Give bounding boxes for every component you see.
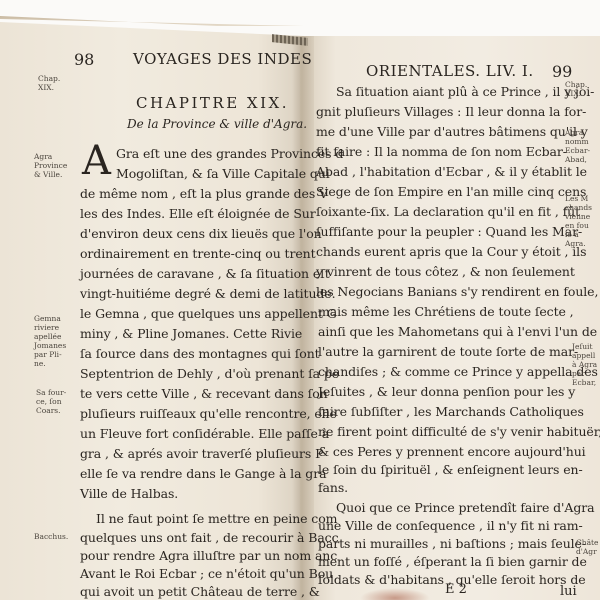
text-line: faire ſubſiſter , les Marchands Catholiq… bbox=[318, 404, 584, 419]
margin-note: Sa four- ce, ſon Coars. bbox=[36, 388, 66, 415]
margin-note: Jeſuit appell à Agra par Ecbar, bbox=[572, 342, 597, 387]
margin-note: Gemna riviere apellée Jomanes par Pli- n… bbox=[34, 314, 66, 368]
text-line: Ville de Halbas. bbox=[80, 486, 178, 501]
text-line: fit faire : Il la nomma de ſon nom Ecbar… bbox=[316, 144, 567, 159]
text-line: parts ni murailles , ni baſtions ; mais … bbox=[318, 536, 586, 551]
text-line: les Negocians Banians s'y rendirent en f… bbox=[316, 284, 598, 299]
text-line: te vers cette Ville , & recevant dans ſo… bbox=[80, 386, 328, 401]
text-line: le ſoin du ſpirituël , & enſeignent leur… bbox=[318, 462, 583, 477]
chapter-subtitle: De la Province & ville d'Agra. bbox=[127, 117, 307, 131]
text-line: Quoi que ce Prince pretendît faire d'Agr… bbox=[336, 500, 594, 515]
text-line: Jeſuites , & leur donna penſion pour les… bbox=[318, 384, 575, 399]
text-line: Siege de ſon Empire en l'an mille cinq c… bbox=[316, 184, 586, 199]
text-line: journées de caravane , & ſa ſituation eſ… bbox=[80, 266, 330, 281]
margin-note: Agra nomm Ecbar- Abad, bbox=[565, 128, 590, 164]
text-line: un Fleuve fort conſidérable. Elle paſſe … bbox=[80, 426, 329, 441]
text-line: Avant le Roi Ecbar ; ce n'étoit qu'un Bo… bbox=[80, 566, 333, 581]
text-line: de même nom , eſt la plus grande des V bbox=[80, 186, 328, 201]
text-line: elle ſe va rendre dans le Gange à la gra bbox=[80, 466, 326, 481]
margin-note: Agra Province & Ville. bbox=[34, 152, 67, 179]
left-page-number: 98 bbox=[74, 50, 94, 69]
right-page-number: 99 bbox=[552, 62, 572, 81]
text-line: ſa ſource dans des montagnes qui ſont bbox=[80, 346, 320, 361]
text-line: & ces Peres y prennent encore aujourd'hu… bbox=[318, 444, 586, 459]
text-line: Abad , l'habitation d'Ecbar , & il y éta… bbox=[316, 164, 587, 179]
text-line: chandiſes ; & comme ce Prince y appella … bbox=[318, 364, 598, 379]
signature-mark: E 2 bbox=[445, 582, 467, 597]
text-line: gra , & aprés avoir traverſé pluſieurs P bbox=[80, 446, 323, 461]
text-line: ne firent point difficulté de s'y venir … bbox=[318, 424, 600, 439]
text-line: ordinairement en trente-cinq ou trent bbox=[80, 246, 316, 261]
text-line: gnit pluſieurs Villages : Il leur donna … bbox=[316, 104, 586, 119]
text-line: l'autre la garnirent de toute ſorte de m… bbox=[318, 344, 578, 359]
left-margin-chapter: Chap. XIX. bbox=[38, 74, 60, 92]
text-line: quelques uns ont fait , de recourir à Ba… bbox=[80, 530, 338, 545]
text-line: ment un foſſé , éſperant la ſi bien garn… bbox=[318, 554, 587, 569]
text-line: miny , & Pline Jomanes. Cette Rivie bbox=[80, 326, 302, 341]
margin-note: Bacchus. bbox=[34, 532, 68, 541]
left-running-head: VOYAGES DES INDES bbox=[133, 50, 312, 68]
margin-note: Les M chands vienne en fou le à Agra. bbox=[565, 194, 592, 248]
open-book: 98 VOYAGES DES INDES Chap. XIX. CHAPITRE… bbox=[0, 0, 600, 600]
text-line: chands eurent apris que la Cour y étoit … bbox=[316, 244, 586, 259]
text-line: pour rendre Agra illuſtre par un nom anc bbox=[80, 548, 337, 563]
text-line: me d'une Ville par d'autres bâtimens qu'… bbox=[316, 124, 588, 139]
text-line: Sa ſituation aiant plû à ce Prince , il … bbox=[336, 84, 594, 99]
margin-note: Châte d'Agr bbox=[576, 538, 599, 556]
text-line: Gra eſt une des grandes Provinces d bbox=[116, 146, 343, 161]
text-line: Il ne faut point ſe mettre en peine com bbox=[96, 511, 337, 526]
text-line: le Gemna , que quelques uns appellent G bbox=[80, 306, 337, 321]
text-line: Septentrion de Dehly , d'où prenant ſa p… bbox=[80, 366, 339, 381]
text-line: y vinrent de tous côtez , & non ſeulemen… bbox=[316, 264, 575, 279]
chapter-title: CHAPITRE XIX. bbox=[136, 94, 289, 112]
text-line: pluſieurs ruiſſeaux qu'elle rencontre, e… bbox=[80, 406, 337, 421]
drop-cap: A bbox=[82, 141, 111, 181]
text-line: ſoixante-ſix. La declaration qu'il en fi… bbox=[316, 204, 580, 219]
text-line: les des Indes. Elle eſt éloignée de Sur bbox=[80, 206, 316, 221]
text-line: vingt-huitiéme degré & demi de latitude. bbox=[80, 286, 335, 301]
text-line: d'environ deux cens dix lieuës que l'on bbox=[80, 226, 322, 241]
text-line: fans. bbox=[318, 480, 348, 495]
text-line: mais même les Chrétiens de toute ſecte , bbox=[318, 304, 574, 319]
catchword: lui bbox=[560, 584, 577, 599]
text-line: Mogoliſtan, & ſa Ville Capitale qui bbox=[116, 166, 330, 181]
text-line: une Ville de conſequence , il n'y fit ni… bbox=[318, 518, 583, 533]
text-line: qui avoit un petit Château de terre , & bbox=[80, 584, 320, 599]
text-line: ainſi que les Mahometans qui à l'envi l'… bbox=[318, 324, 597, 339]
text-line: ſuffiſante pour la peupler : Quand les M… bbox=[316, 224, 582, 239]
right-running-head: ORIENTALES. LIV. I. bbox=[366, 62, 534, 80]
